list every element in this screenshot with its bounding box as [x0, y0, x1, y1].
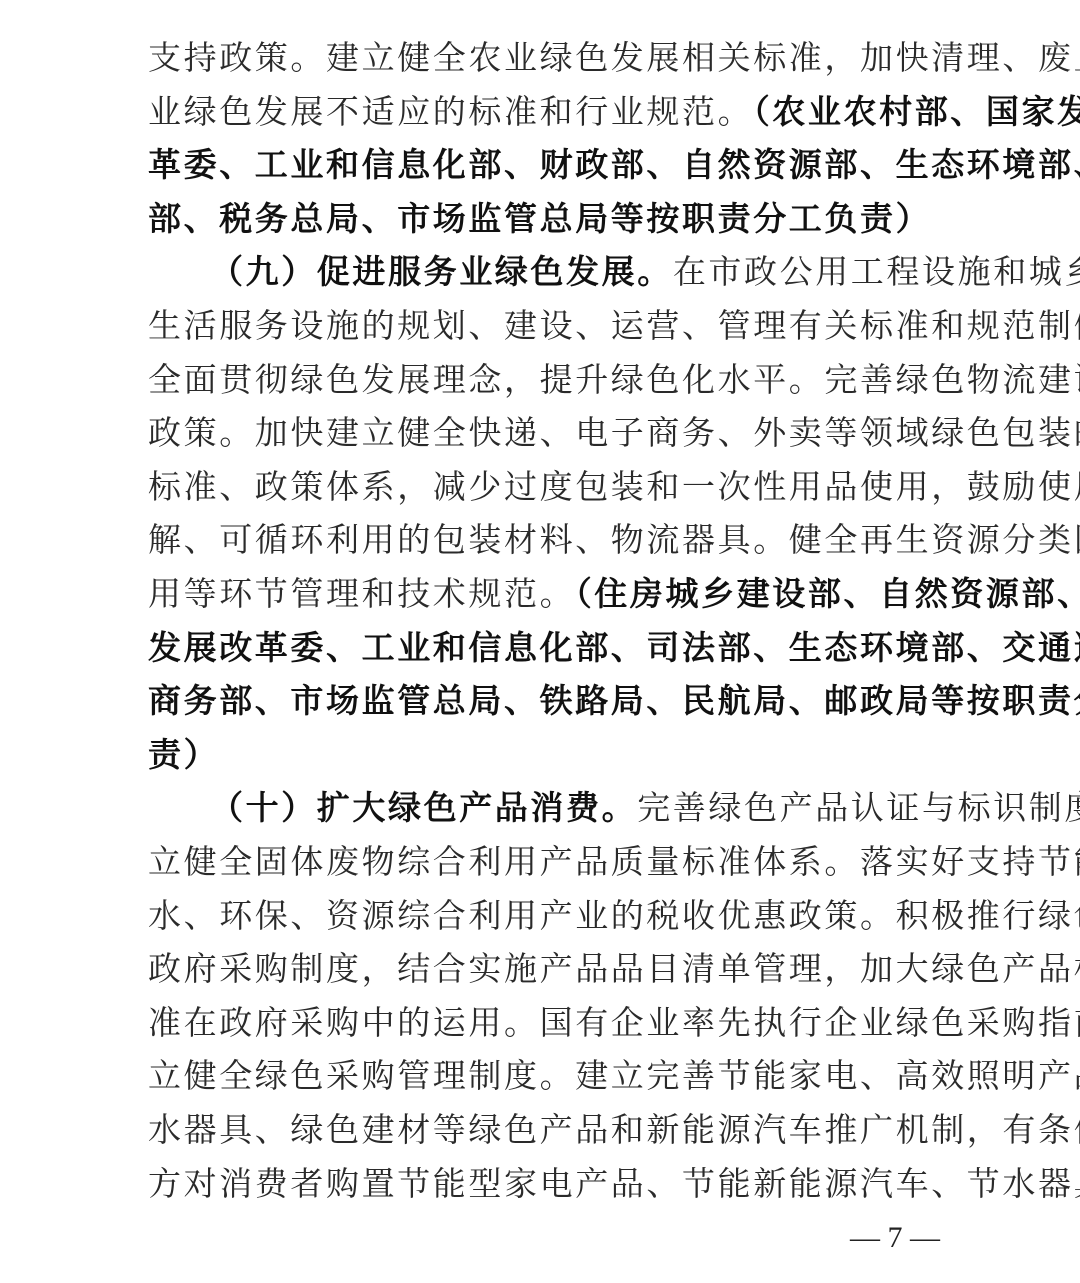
text-line: 标准、政策体系，减少过度包装和一次性用品使用，鼓励使用可降 — [148, 467, 938, 507]
responsible-departments: 部、税务总局、市场监管总局等按职责分工负责） — [148, 199, 931, 238]
document-page: 支持政策。建立健全农业绿色发展相关标准，加快清理、废止与农 业绿色发展不适应的标… — [0, 0, 1080, 1283]
body-text: 准在政府采购中的运用。国有企业率先执行企业绿色采购指南，建 — [148, 1003, 1080, 1042]
responsible-departments: （农业农村部、国家发展改 — [753, 92, 1080, 131]
text-line: 方对消费者购置节能型家电产品、节能新能源汽车、节水器具等给 — [148, 1164, 938, 1204]
body-text: 水、环保、资源综合利用产业的税收优惠政策。积极推行绿色产品 — [148, 896, 1080, 935]
text-line: 全面贯彻绿色发展理念，提升绿色化水平。完善绿色物流建设支持 — [148, 360, 938, 400]
text-line: 解、可循环利用的包装材料、物流器具。健全再生资源分类回收利 — [148, 520, 938, 560]
text-line: 政策。加快建立健全快递、电子商务、外卖等领域绿色包装的法律、 — [148, 413, 938, 453]
responsible-departments: 发展改革委、工业和信息化部、司法部、生态环境部、交通运输部、 — [148, 628, 1080, 667]
text-line: 业绿色发展不适应的标准和行业规范。（农业农村部、国家发展改 — [148, 92, 938, 132]
body-text: 解、可循环利用的包装材料、物流器具。健全再生资源分类回收利 — [148, 520, 1080, 559]
section-heading-10: （十）扩大绿色产品消费。 — [210, 788, 637, 827]
body-text: 政府采购制度，结合实施产品品目清单管理，加大绿色产品相关标 — [148, 949, 1080, 988]
body-text: 立健全固体废物综合利用产品质量标准体系。落实好支持节能、节 — [148, 842, 1080, 881]
body-text: 方对消费者购置节能型家电产品、节能新能源汽车、节水器具等给 — [148, 1164, 1080, 1203]
body-text: 立健全绿色采购管理制度。建立完善节能家电、高效照明产品、节 — [148, 1056, 1080, 1095]
body-text: 水器具、绿色建材等绿色产品和新能源汽车推广机制，有条件的地 — [148, 1110, 1080, 1149]
text-line: 水、环保、资源综合利用产业的税收优惠政策。积极推行绿色产品 — [148, 896, 938, 936]
body-text: 在市政公用工程设施和城乡公共 — [673, 252, 1080, 291]
text-line: 支持政策。建立健全农业绿色发展相关标准，加快清理、废止与农 — [148, 38, 938, 78]
text-line: 革委、工业和信息化部、财政部、自然资源部、生态环境部、水利 — [148, 145, 938, 185]
section-heading-line: （九）促进服务业绿色发展。在市政公用工程设施和城乡公共 — [210, 252, 938, 292]
text-line: 水器具、绿色建材等绿色产品和新能源汽车推广机制，有条件的地 — [148, 1110, 938, 1150]
body-text: 生活服务设施的规划、建设、运营、管理有关标准和规范制修订中， — [148, 306, 1080, 345]
text-line: 责） — [148, 735, 938, 775]
body-text: 用等环节管理和技术规范。 — [148, 574, 575, 613]
body-text: 标准、政策体系，减少过度包装和一次性用品使用，鼓励使用可降 — [148, 467, 1080, 506]
responsible-departments: 责） — [148, 735, 219, 774]
text-line: 立健全固体废物综合利用产品质量标准体系。落实好支持节能、节 — [148, 842, 938, 882]
responsible-departments: 商务部、市场监管总局、铁路局、民航局、邮政局等按职责分工负 — [148, 681, 1080, 720]
section-heading-line: （十）扩大绿色产品消费。完善绿色产品认证与标识制度。建 — [210, 788, 938, 828]
text-line: 立健全绿色采购管理制度。建立完善节能家电、高效照明产品、节 — [148, 1056, 938, 1096]
responsible-departments: 革委、工业和信息化部、财政部、自然资源部、生态环境部、水利 — [148, 145, 1080, 184]
text-line: 政府采购制度，结合实施产品品目清单管理，加大绿色产品相关标 — [148, 949, 938, 989]
body-text: 全面贯彻绿色发展理念，提升绿色化水平。完善绿色物流建设支持 — [148, 360, 1080, 399]
responsible-departments: （住房城乡建设部、自然资源部、国家 — [575, 574, 1080, 613]
body-text: 完善绿色产品认证与标识制度。建 — [637, 788, 1080, 827]
text-line: 发展改革委、工业和信息化部、司法部、生态环境部、交通运输部、 — [148, 628, 938, 668]
page-number: — 7 — — [850, 1218, 940, 1258]
body-text: 政策。加快建立健全快递、电子商务、外卖等领域绿色包装的法律、 — [148, 413, 1080, 452]
text-line: 商务部、市场监管总局、铁路局、民航局、邮政局等按职责分工负 — [148, 681, 938, 721]
text-line: 准在政府采购中的运用。国有企业率先执行企业绿色采购指南，建 — [148, 1003, 938, 1043]
text-line: 生活服务设施的规划、建设、运营、管理有关标准和规范制修订中， — [148, 306, 938, 346]
text-line: 用等环节管理和技术规范。（住房城乡建设部、自然资源部、国家 — [148, 574, 938, 614]
section-heading-9: （九）促进服务业绿色发展。 — [210, 252, 673, 291]
body-text: 业绿色发展不适应的标准和行业规范。 — [148, 92, 753, 131]
body-text: 支持政策。建立健全农业绿色发展相关标准，加快清理、废止与农 — [148, 38, 1080, 77]
text-line: 部、税务总局、市场监管总局等按职责分工负责） — [148, 199, 938, 239]
